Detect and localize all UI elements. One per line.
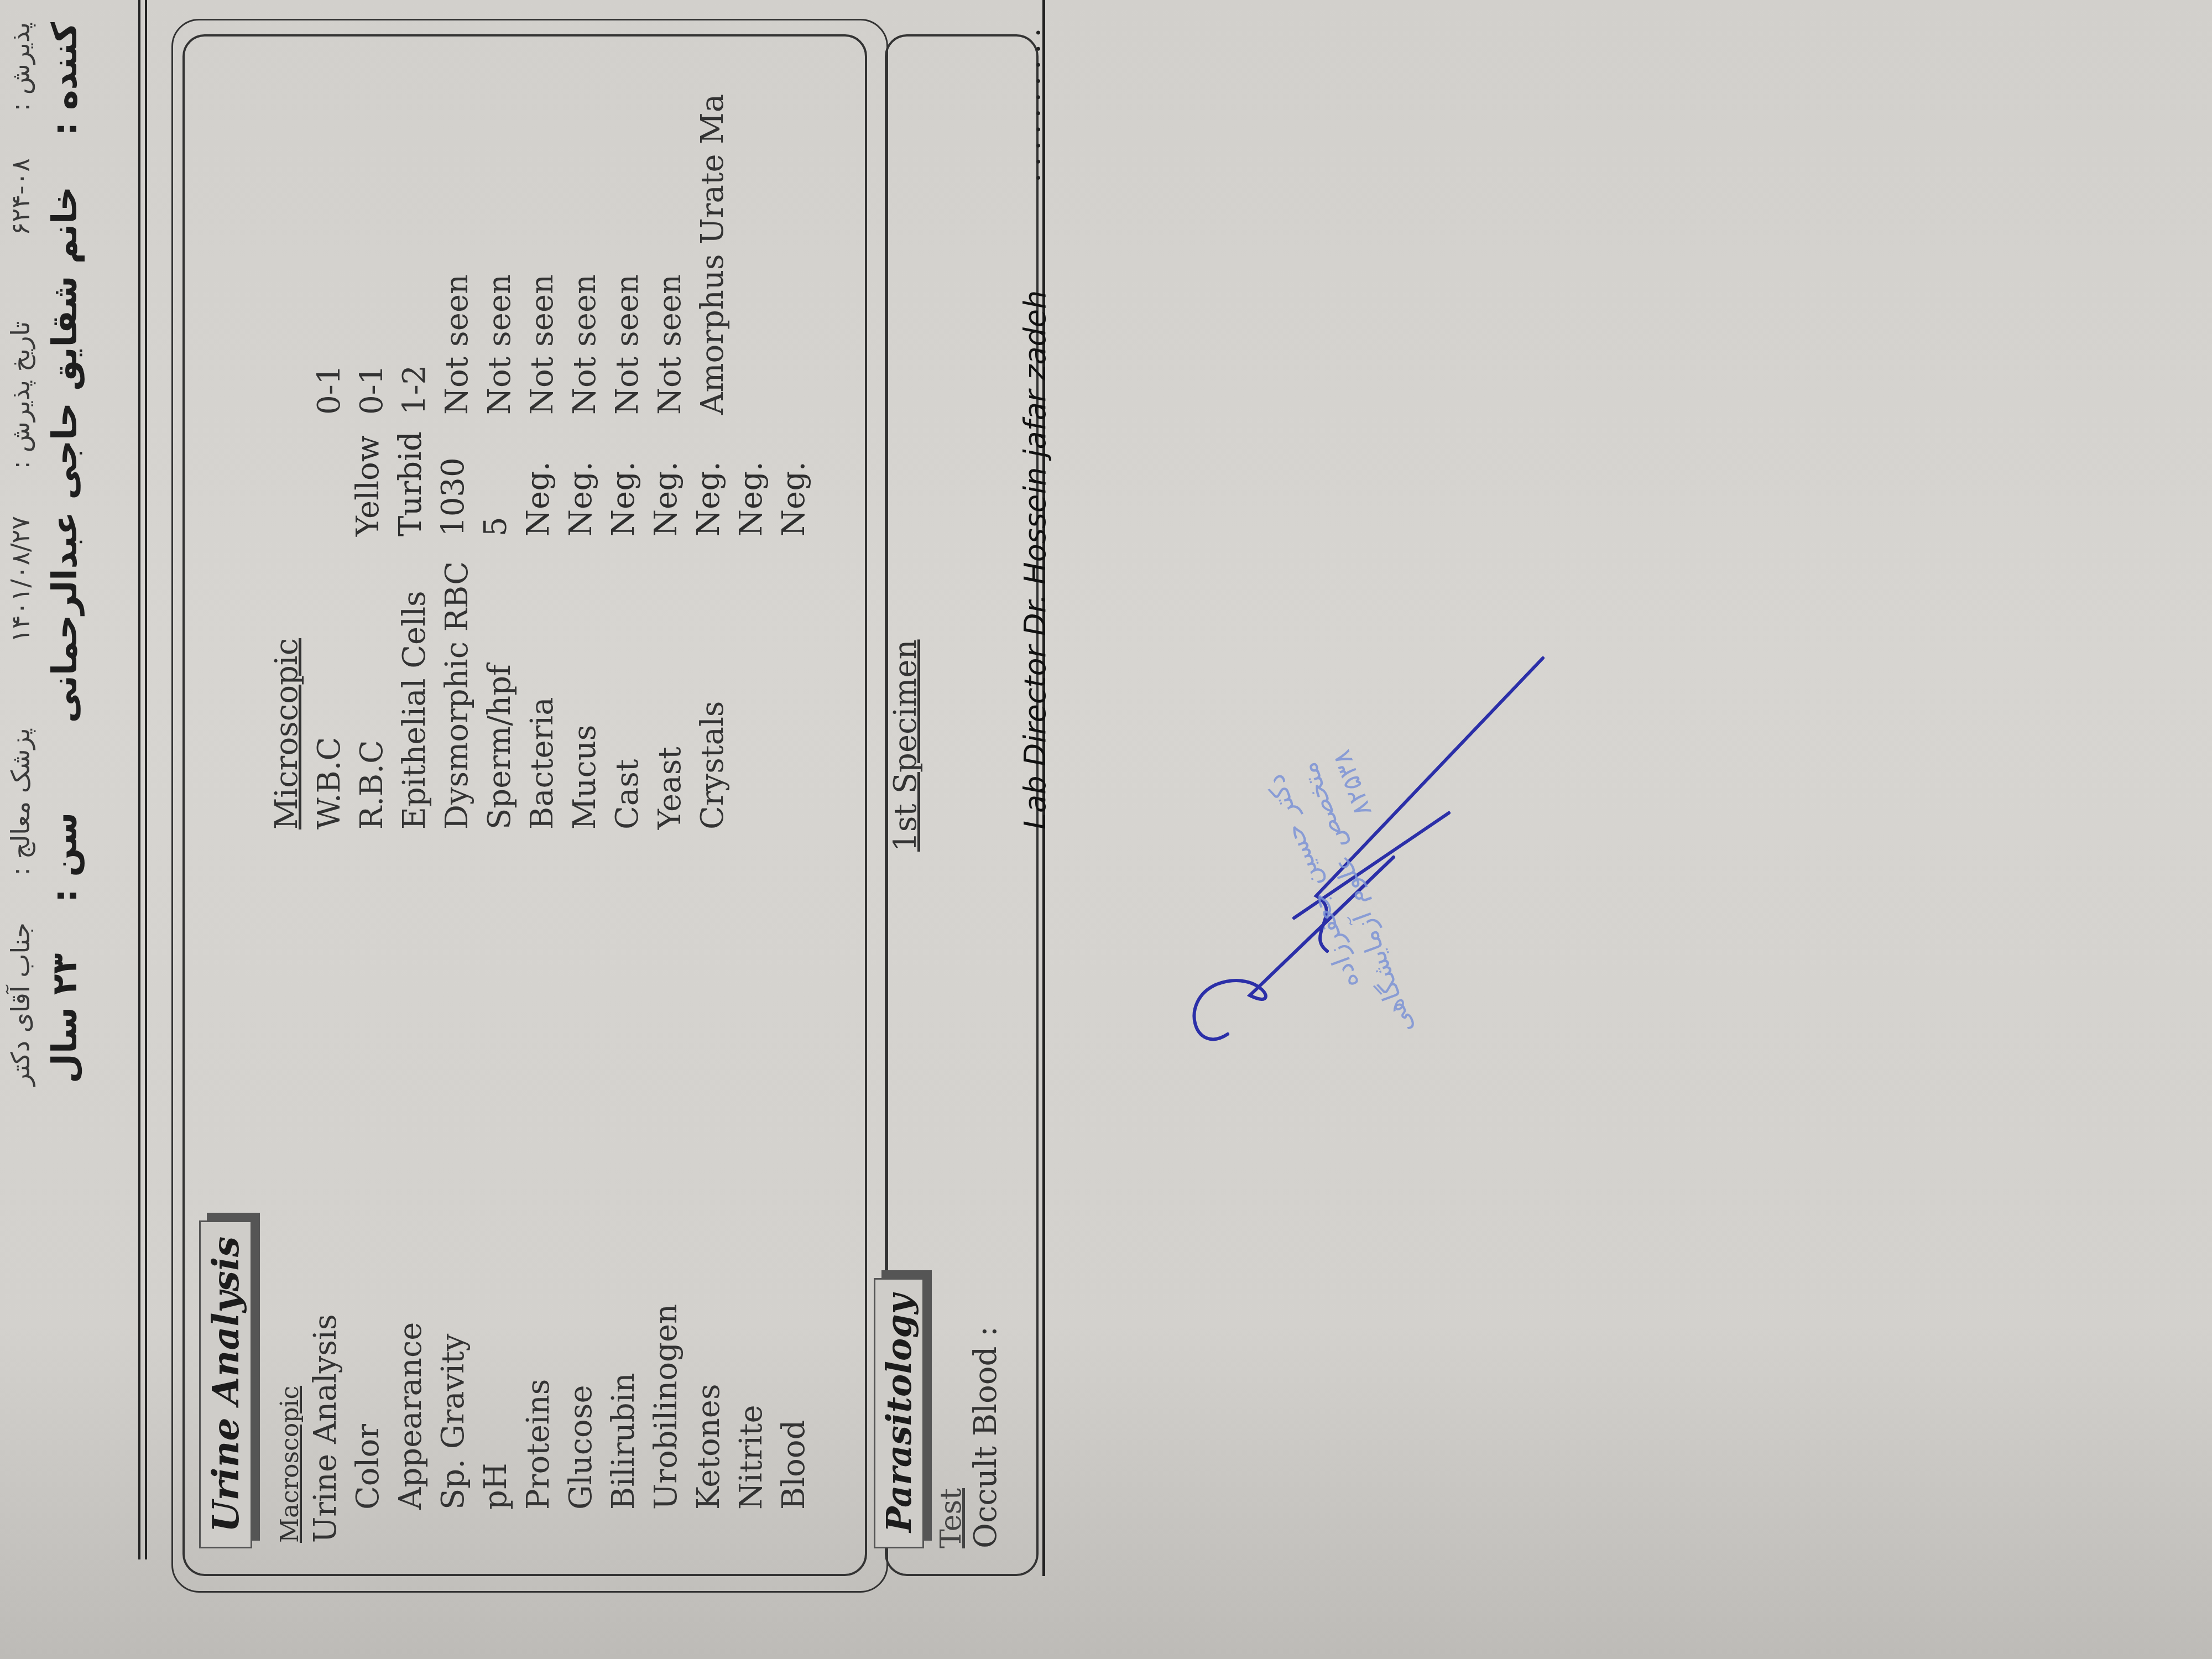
microscopic-test-name: Bacteria: [521, 561, 564, 830]
microscopic-test-value: Not seen: [564, 94, 606, 415]
signature-dots: ..........: [1012, 21, 1047, 182]
macroscopic-values: YellowTurbid10305Neg.Neg.Neg.Neg.Neg.Neg…: [347, 431, 815, 536]
macroscopic-test-value: Neg.: [687, 431, 730, 536]
macroscopic-subheading: Urine Analysis: [304, 1304, 347, 1543]
macroscopic-test-value: Neg.: [602, 431, 645, 536]
microscopic-values: 0-10-11-2Not seenNot seenNot seenNot see…: [308, 94, 734, 415]
macroscopic-names: Macroscopic Urine Analysis ColorAppearan…: [276, 1304, 389, 1543]
microscopic-test-value: 0-1: [351, 94, 393, 415]
microscopic-test-name: Yeast: [649, 561, 691, 830]
header-line-1: پذیرش : ۰۸-۶۲۴ تاریخ پذیرش : ۱۴۰۱/۰۸/۲۷ …: [6, 22, 35, 1163]
macroscopic-test-name: Glucose: [560, 1304, 602, 1543]
microscopic-test-name: Dysmorphic RBC: [436, 561, 478, 830]
test-heading: Test: [935, 1488, 968, 1548]
microscopic-test-name: Epithelial Cells: [393, 561, 436, 830]
microscopic-test-value: 1-2: [393, 94, 436, 415]
macroscopic-test-value: Neg.: [560, 431, 602, 536]
macroscopic-test-name: Blood: [773, 1304, 815, 1543]
header-divider: [138, 0, 147, 1559]
microscopic-test-name: Sperm/hpf: [478, 561, 521, 830]
reception-id: پذیرش : ۰۸-۶۲۴: [6, 22, 35, 274]
specimen-heading: 1st Specimen: [888, 639, 924, 852]
macroscopic-test-value: Neg.: [517, 431, 560, 536]
microscopic-test-value: 0-1: [308, 94, 351, 415]
microscopic-test-name: R.B.C: [351, 561, 393, 830]
patient-age: سن : ۲۳ سال: [44, 812, 85, 1122]
macroscopic-test-name: Ketones: [687, 1304, 730, 1543]
macroscopic-test-value: Neg.: [773, 431, 815, 536]
macroscopic-test-name: pH: [474, 1304, 517, 1543]
macroscopic-test-name: Color: [347, 1304, 389, 1543]
macroscopic-test-value: Yellow: [347, 431, 389, 536]
parasitology-title: Parasitology: [874, 1278, 924, 1548]
macroscopic-test-name: Sp. Gravity: [432, 1304, 474, 1543]
patient-name: کننده : خانم شقایق حاجی عبدالرحمانی: [44, 22, 85, 761]
microscopic-test-value: Not seen: [521, 94, 564, 415]
header-line-2: کننده : خانم شقایق حاجی عبدالرحمانی سن :…: [44, 22, 85, 1161]
reception-date: تاریخ پذیرش : ۱۴۰۱/۰۸/۲۷: [6, 321, 35, 681]
microscopic-test-value: Not seen: [478, 94, 521, 415]
microscopic-test-value: Not seen: [649, 94, 691, 415]
macroscopic-test-value: Neg.: [645, 431, 687, 536]
physician: پزشک معالج : جناب آقای دکتر: [6, 728, 35, 1124]
macroscopic-test-value: 5: [474, 431, 517, 536]
occult-blood-label: Occult Blood :: [968, 1326, 1004, 1548]
macroscopic-test-name: Urobilinogen: [645, 1304, 687, 1543]
microscopic-test-value: Amorphus Urate Ma: [691, 94, 734, 415]
macroscopic-test-name: Bilirubin: [602, 1304, 645, 1543]
microscopic-heading: Microscopic: [265, 561, 308, 830]
macroscopic-test-value: Turbid: [389, 431, 432, 536]
macroscopic-test-value: 1030: [432, 431, 474, 536]
macroscopic-test-value: Neg.: [730, 431, 773, 536]
microscopic-test-name: Cast: [606, 561, 649, 830]
microscopic-test-name: Crystals: [691, 561, 734, 830]
urine-analysis-title: Urine Analysis: [199, 1220, 252, 1548]
microscopic-test-value: Not seen: [436, 94, 478, 415]
microscopic-names: Microscopic W.B.CR.B.CEpithelial CellsDy…: [265, 561, 351, 830]
microscopic-test-value: Not seen: [606, 94, 649, 415]
macroscopic-heading: Macroscopic: [276, 1304, 304, 1543]
lab-report: پذیرش : ۰۸-۶۲۴ تاریخ پذیرش : ۱۴۰۱/۰۸/۲۷ …: [0, 0, 2212, 1659]
microscopic-test-name: W.B.C: [308, 561, 351, 830]
microscopic-test-name: Mucus: [564, 561, 606, 830]
lab-director: Lab Director Dr. Hossein jafar zadeh: [1018, 290, 1052, 830]
macroscopic-test-name: Nitrite: [730, 1304, 773, 1543]
macroscopic-test-name: Proteins: [517, 1304, 560, 1543]
report-header: پذیرش : ۰۸-۶۲۴ تاریخ پذیرش : ۱۴۰۱/۰۸/۲۷ …: [0, 0, 155, 1659]
macroscopic-test-name: Appearance: [389, 1304, 432, 1543]
